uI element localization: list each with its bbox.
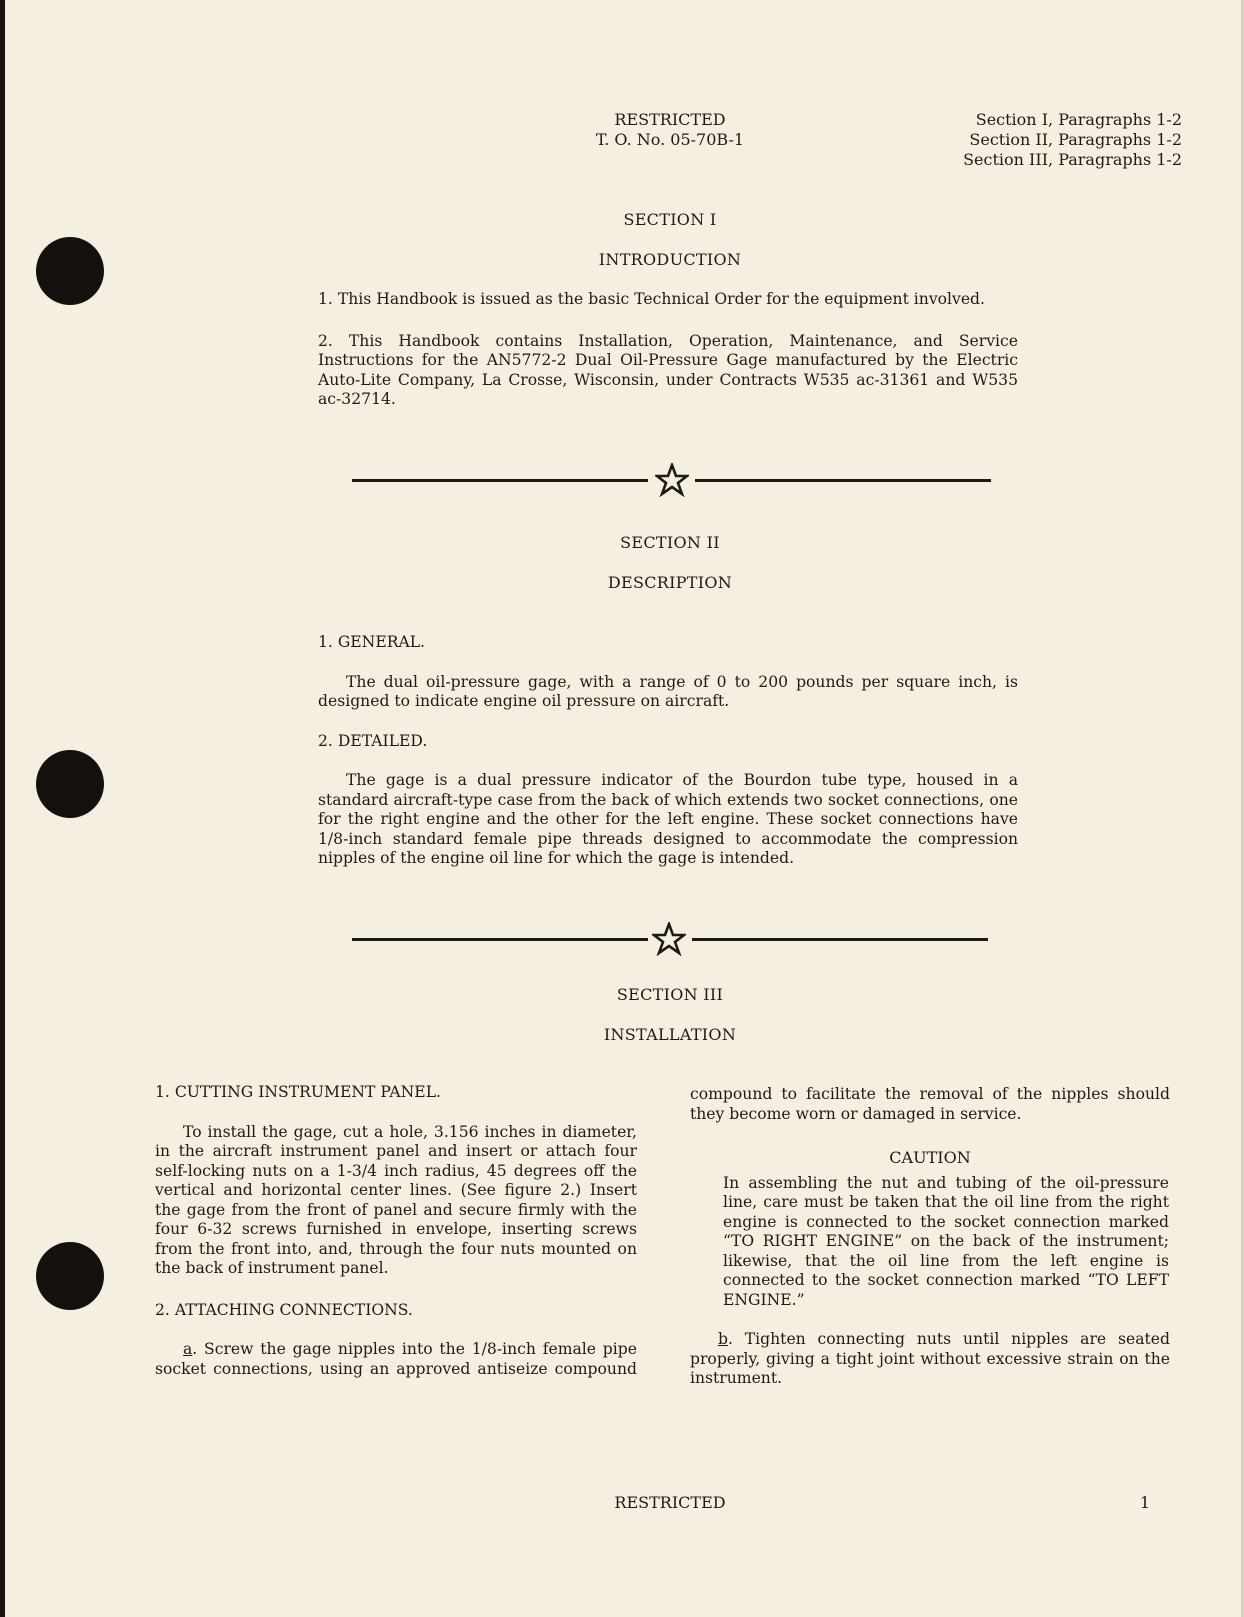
caution-text: In assembling the nut and tubing of the … xyxy=(723,1174,1169,1311)
punch-hole-middle xyxy=(36,750,104,818)
item-a: a. Screw the gage nipples into the 1/8-i… xyxy=(155,1340,637,1380)
attaching-heading: 2. ATTACHING CONNECTIONS. xyxy=(155,1301,637,1321)
item-a-label: a xyxy=(183,1340,192,1358)
punch-hole-bottom xyxy=(36,1242,104,1310)
general-text: The dual oil-pressure gage, with a range… xyxy=(318,673,1018,712)
divider-line-right xyxy=(695,479,991,482)
detailed-text: The gage is a dual pressure indicator of… xyxy=(318,771,1018,869)
header-to-number: T. O. No. 05-70B-1 xyxy=(540,130,800,150)
star-icon xyxy=(652,922,686,956)
section1-title: SECTION I xyxy=(0,210,1244,229)
section1-para1: 1. This Handbook is issued as the basic … xyxy=(318,290,1018,310)
header-center: RESTRICTED T. O. No. 05-70B-1 xyxy=(540,110,800,150)
detailed-heading: 2. DETAILED. xyxy=(318,732,1018,752)
item-a-text: . Screw the gage nipples into the 1/8-in… xyxy=(155,1340,637,1380)
header-section-refs: Section I, Paragraphs 1-2 Section II, Pa… xyxy=(963,110,1182,170)
star-icon xyxy=(655,463,689,497)
punch-hole-top xyxy=(36,237,104,305)
section2-title: SECTION II xyxy=(0,533,1244,552)
cutting-heading: 1. CUTTING INSTRUMENT PANEL. xyxy=(155,1083,637,1103)
item-b-label: b xyxy=(718,1330,728,1348)
footer-classification: RESTRICTED xyxy=(560,1493,780,1512)
section3-left-column: 1. CUTTING INSTRUMENT PANEL. To install … xyxy=(155,1083,637,1380)
section3-right-column: compound to facilitate the removal of th… xyxy=(690,1085,1170,1389)
section3-subtitle: INSTALLATION xyxy=(0,1025,1244,1044)
section1-subtitle: INTRODUCTION xyxy=(0,250,1244,269)
page-edge-shadow xyxy=(0,0,5,1617)
section2-body: 1. GENERAL. The dual oil-pressure gage, … xyxy=(318,633,1018,869)
section1-para2: 2. This Handbook contains Installation, … xyxy=(318,332,1018,410)
item-b-text: . Tighten connecting nuts until nipples … xyxy=(690,1330,1170,1387)
header-classification: RESTRICTED xyxy=(540,110,800,130)
page-number: 1 xyxy=(1140,1493,1150,1512)
divider-line-left xyxy=(352,479,648,482)
section1-body: 1. This Handbook is issued as the basic … xyxy=(318,290,1018,410)
header-ref-2: Section II, Paragraphs 1-2 xyxy=(963,130,1182,150)
section2-subtitle: DESCRIPTION xyxy=(0,573,1244,592)
caution-title: CAUTION xyxy=(690,1148,1170,1168)
general-heading: 1. GENERAL. xyxy=(318,633,1018,653)
header-ref-3: Section III, Paragraphs 1-2 xyxy=(963,150,1182,170)
divider-line-right xyxy=(692,938,988,941)
section3-title: SECTION III xyxy=(0,985,1244,1004)
cutting-text: To install the gage, cut a hole, 3.156 i… xyxy=(155,1123,637,1279)
item-a-continued: compound to facilitate the removal of th… xyxy=(690,1085,1170,1124)
header-ref-1: Section I, Paragraphs 1-2 xyxy=(963,110,1182,130)
divider-line-left xyxy=(352,938,648,941)
item-b: b. Tighten connecting nuts until nipples… xyxy=(690,1330,1170,1389)
